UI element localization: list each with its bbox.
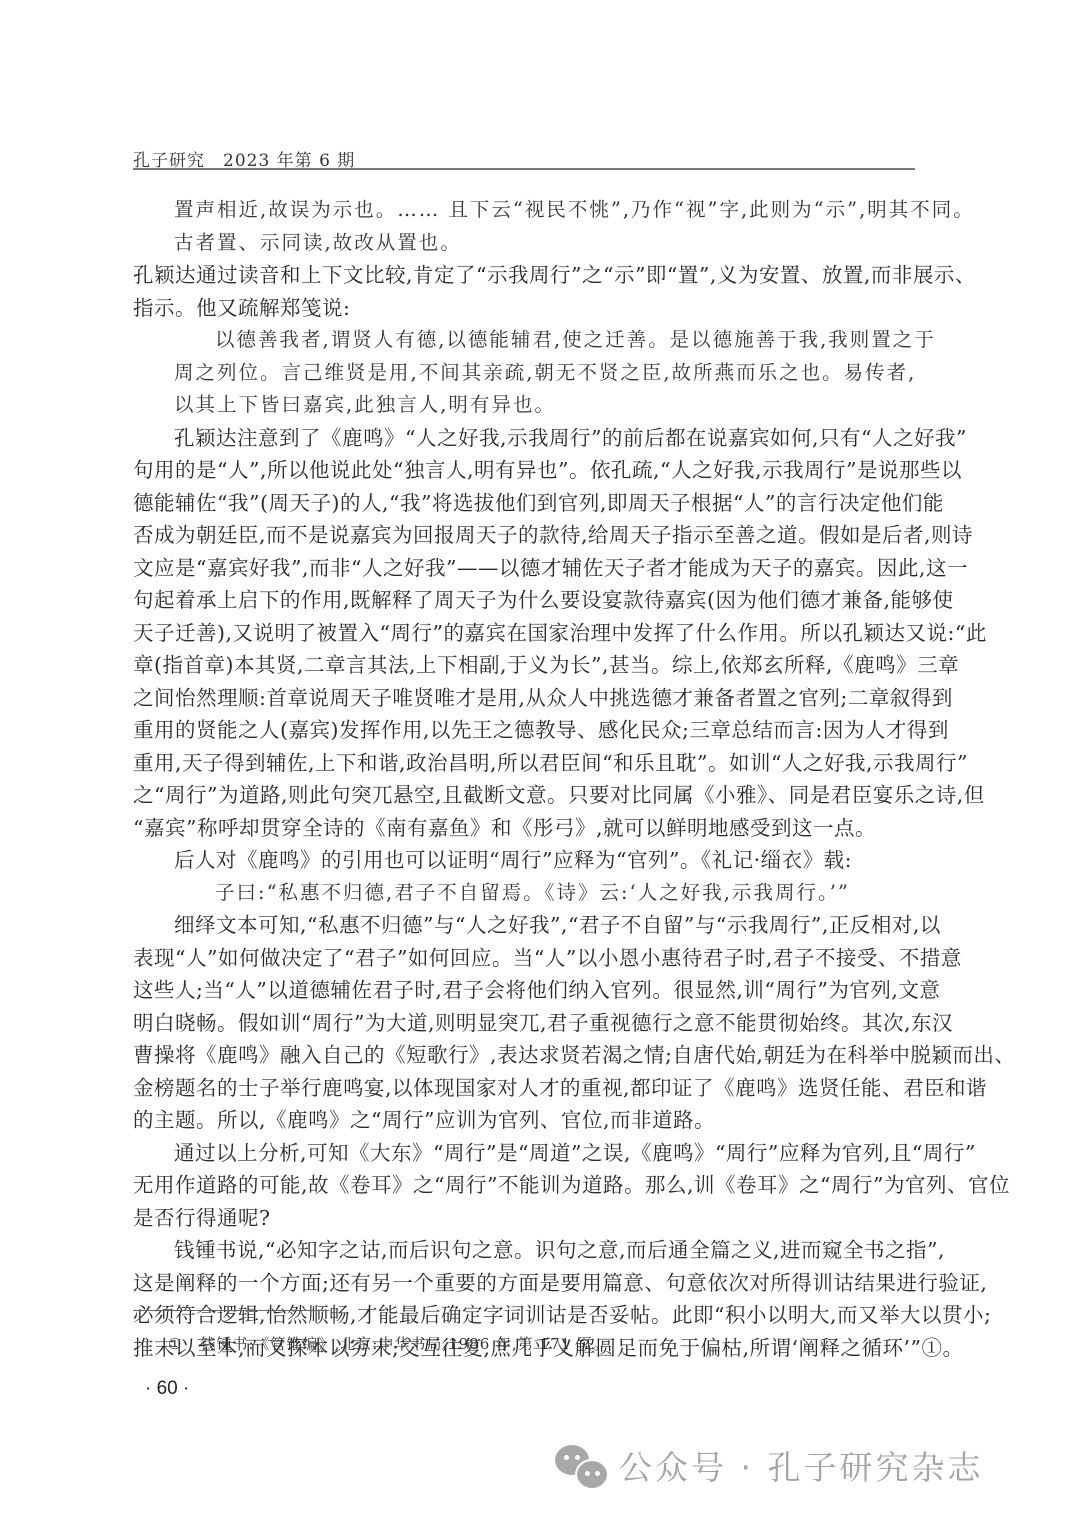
text-line: 这是阐释的一个方面;还有另一个重要的方面是要用篇意、句意依次对所得训诂结果进行验…	[133, 1267, 915, 1300]
text-line: 句起着承上启下的作用,既解释了周天子为什么要设宴款待嘉宾(因为他们德才兼备,能够…	[133, 584, 915, 617]
text-line: 文应是“嘉宾好我”,而非“人之好我”——以德才辅佐天子者才能成为天子的嘉宾。因此…	[133, 552, 915, 585]
footnote-text: 钱锺书:《管锥编》,北京:中华书局,1986 年,第 171 页。	[200, 1335, 609, 1353]
wechat-icon	[555, 1443, 607, 1489]
text-line: 古者置、示同读,故改从置也。	[133, 227, 915, 260]
footnote-mark: ①	[168, 1335, 182, 1353]
watermark: 公众号 · 孔子研究杂志	[555, 1442, 983, 1489]
text-line: 无用作道路的可能,故《卷耳》之“周行”不能训为道路。那么,训《卷耳》之“周行”为…	[133, 1169, 915, 1202]
text-line: 钱锺书说,“必知字之诂,而后识句之意。识句之意,而后通全篇之义,进而窥全书之指”…	[133, 1234, 915, 1267]
text-line: 金榜题名的士子举行鹿鸣宴,以体现国家对人才的重视,都印证了《鹿鸣》选贤任能、君臣…	[133, 1072, 915, 1105]
text-line: 细绎文本可知,“私惠不归德”与“人之好我”,“君子不自留”与“示我周行”,正反相…	[133, 909, 915, 942]
text-line: 重用的贤能之人(嘉宾)发挥作用,以先王之德教导、感化民众;三章总结而言:因为人才…	[133, 714, 915, 747]
text-line: 以德善我者,谓贤人有德,以德能辅君,使之迁善。是以德施善于我,我则置之于	[133, 324, 915, 357]
text-line: 的主题。所以,《鹿鸣》之“周行”应训为官列、官位,而非道路。	[133, 1104, 915, 1137]
text-line: “嘉宾”称呼却贯穿全诗的《南有嘉鱼》和《彤弓》,就可以鲜明地感受到这一点。	[133, 812, 915, 845]
text-line: 子曰:“私惠不归德,君子不自留焉。《诗》云:‘人之好我,示我周行。’”	[133, 877, 915, 910]
text-line: 句用的是“人”,所以他说此处“独言人,明有异也”。依孔疏,“人之好我,示我周行”…	[133, 454, 915, 487]
header-rule	[133, 168, 915, 170]
text-line: 孔颖达注意到了《鹿鸣》“人之好我,示我周行”的前后都在说嘉宾如何,只有“人之好我…	[133, 422, 915, 455]
text-line: 以其上下皆曰嘉宾,此独言人,明有异也。	[133, 389, 915, 422]
text-line: 天子迁善),又说明了被置入“周行”的嘉宾在国家治理中发挥了什么作用。所以孔颖达又…	[133, 617, 915, 650]
text-line: 德能辅佐“我”(周天子)的人,“我”将选拔他们到官列,即周天子根据“人”的言行决…	[133, 487, 915, 520]
text-line: 章(指首章)本其贤,二章言其法,上下相副,于义为长”,甚当。综上,依郑玄所释,《…	[133, 649, 915, 682]
text-line: 这些人;当“人”以道德辅佐君子时,君子会将他们纳入官列。很显然,训“周行”为官列…	[133, 974, 915, 1007]
text-line: 周之列位。言己维贤是用,不间其亲疏,朝无不贤之臣,故所燕而乐之也。易传者,	[133, 357, 915, 390]
body-text: 置声相近,故误为示也。…… 且下云“视民不恌”,乃作“视”字,此则为“示”,明其…	[133, 194, 915, 1364]
document-page: 孔子研究2023 年第 6 期 置声相近,故误为示也。…… 且下云“视民不恌”,…	[0, 0, 1080, 1526]
text-line: 否成为朝廷臣,而不是说嘉宾为回报周天子的款待,给周天子指示至善之道。假如是后者,…	[133, 519, 915, 552]
text-line: 孔颖达通过读音和上下文比较,肯定了“示我周行”之“示”即“置”,义为安置、放置,…	[133, 259, 915, 292]
page-number: · 60 ·	[145, 1378, 189, 1400]
watermark-text: 公众号 · 孔子研究杂志	[619, 1442, 983, 1489]
footnote: ①钱锺书:《管锥编》,北京:中华书局,1986 年,第 171 页。	[168, 1333, 609, 1354]
text-line: 指示。他又疏解郑笺说:	[133, 292, 915, 325]
text-line: 曹操将《鹿鸣》融入自己的《短歌行》,表达求贤若渴之情;自唐代始,朝廷为在科举中脱…	[133, 1039, 915, 1072]
text-line: 后人对《鹿鸣》的引用也可以证明“周行”应释为“官列”。《礼记·缁衣》载:	[133, 844, 915, 877]
text-line: 明白晓畅。假如训“周行”为大道,则明显突兀,君子重视德行之意不能贯彻始终。其次,…	[133, 1007, 915, 1040]
footnote-rule	[133, 1310, 329, 1311]
text-line: 必须符合逻辑,怡然顺畅,才能最后确定字词训诂是否妥帖。此即“积小以明大,而又举大…	[133, 1299, 915, 1332]
text-line: 表现“人”如何做决定了“君子”如何回应。当“人”以小恩小惠待君子时,君子不接受、…	[133, 942, 915, 975]
text-line: 通过以上分析,可知《大东》“周行”是“周道”之误,《鹿鸣》“周行”应释为官列,且…	[133, 1137, 915, 1170]
text-line: 之间怡然理顺:首章说周天子唯贤唯才是用,从众人中挑选德才兼备者置之官列;二章叙得…	[133, 682, 915, 715]
text-line: 是否行得通呢?	[133, 1202, 915, 1235]
text-line: 重用,天子得到辅佐,上下和谐,政治昌明,所以君臣间“和乐且耽”。如训“人之好我,…	[133, 747, 915, 780]
text-line: 之“周行”为道路,则此句突兀悬空,且截断文意。只要对比同属《小雅》、同是君臣宴乐…	[133, 779, 915, 812]
text-line: 置声相近,故误为示也。…… 且下云“视民不恌”,乃作“视”字,此则为“示”,明其…	[133, 194, 915, 227]
